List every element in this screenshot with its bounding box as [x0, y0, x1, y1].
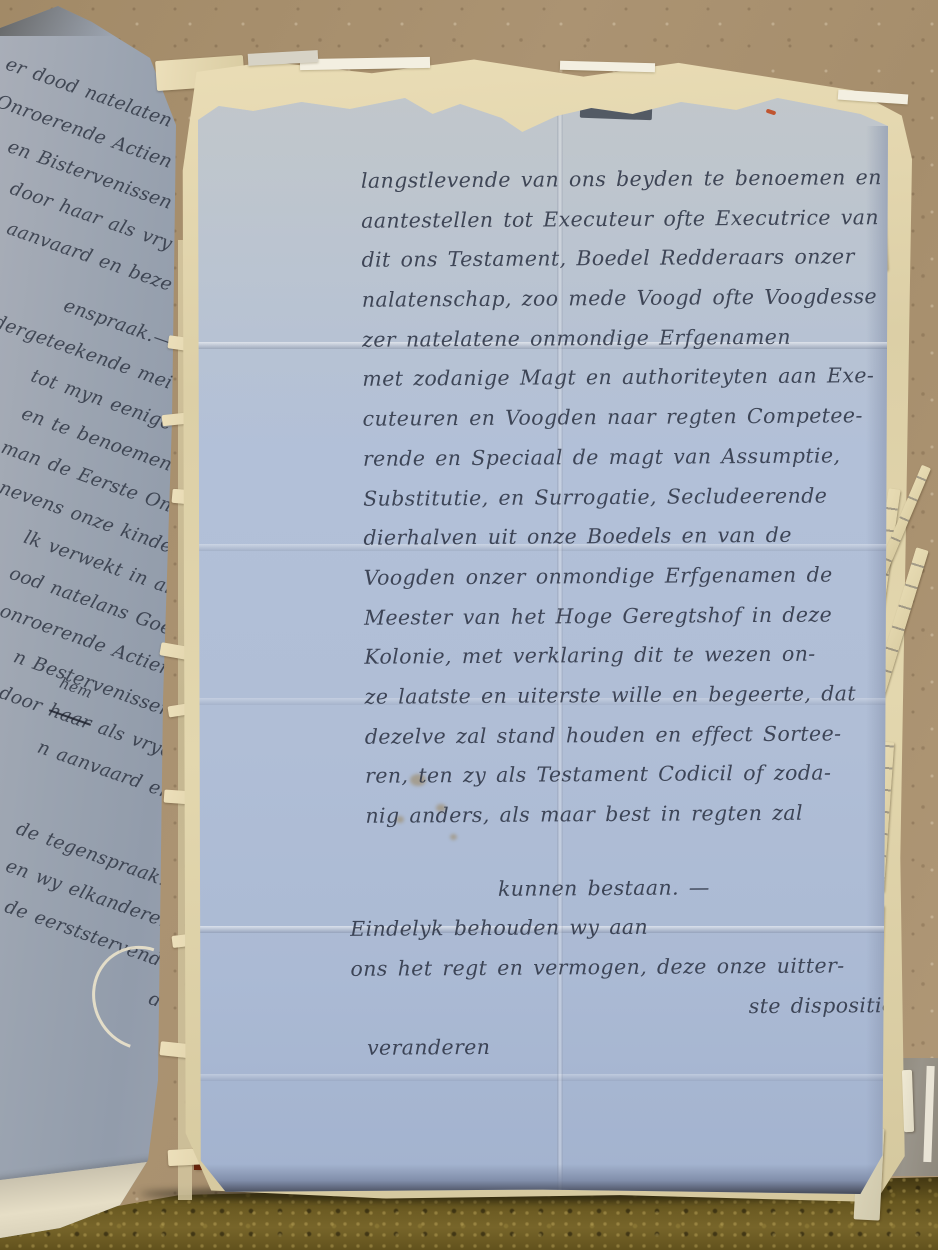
manuscript-line: nalatenschap, zoo mede Voogd ofte Voogde… [346, 277, 880, 320]
manuscript-line: ons het regt en vermogen, deze onze uitt… [350, 946, 884, 989]
manuscript-line: veranderen [351, 1026, 885, 1069]
fold-crease [198, 1074, 888, 1081]
manuscript-line: aantestellen tot Executeur ofte Executri… [345, 198, 879, 241]
manuscript-text: langstlevende van ons beyden te benoemen… [345, 158, 885, 1069]
manuscript-line: cuteuren en Voogden naar regten Competee… [347, 396, 881, 439]
manuscript-line: rende en Speciaal de magt van Assumptie, [347, 436, 881, 479]
manuscript-line: zer natelatene onmondige Erfgenamen [346, 317, 880, 360]
torn-paper-bit [300, 57, 430, 70]
manuscript-page: langstlevende van ons beyden te benoemen… [198, 86, 888, 1194]
manuscript-line: Substitutie, en Surrogatie, Secludeerend… [347, 476, 881, 519]
manuscript-line: kunnen bestaan. — [350, 867, 884, 910]
manuscript-line: nig anders, als maar best in regten zal [349, 793, 883, 836]
manuscript-line: Meester van het Hoge Geregtshof in deze [348, 595, 882, 638]
manuscript-line: langstlevende van ons beyden te benoemen… [345, 158, 879, 201]
manuscript-line: Kolonie, met verklaring dit te wezen on- [348, 634, 882, 677]
manuscript-line: dierhalven uit onze Boedels en van de [347, 515, 881, 558]
manuscript-line: ren, ten zy als Testament Codicil of zod… [349, 753, 883, 796]
struck-word: haar [46, 700, 95, 734]
torn-paper-slip [902, 1070, 914, 1132]
photograph-of-manuscript-book: t er dood natelatenls Onroerende Actiene… [0, 0, 938, 1250]
manuscript-line: dit ons Testament, Boedel Redderaars onz… [345, 238, 879, 281]
red-paper-speck [766, 109, 777, 116]
manuscript-line: dezelve zal stand houden en effect Sorte… [349, 714, 883, 757]
manuscript-line: ze laatste en uiterste wille en begeerte… [348, 674, 882, 717]
manuscript-line: Voogden onzer onmondige Erfgenamen de [348, 555, 882, 598]
manuscript-line: met zodanige Magt en authoriteyten aan E… [346, 357, 880, 400]
manuscript-line: Eindelyk behouden wy aan [350, 907, 884, 950]
manuscript-line: ste dispositie ten allen tyden te kunnen [351, 986, 885, 1029]
